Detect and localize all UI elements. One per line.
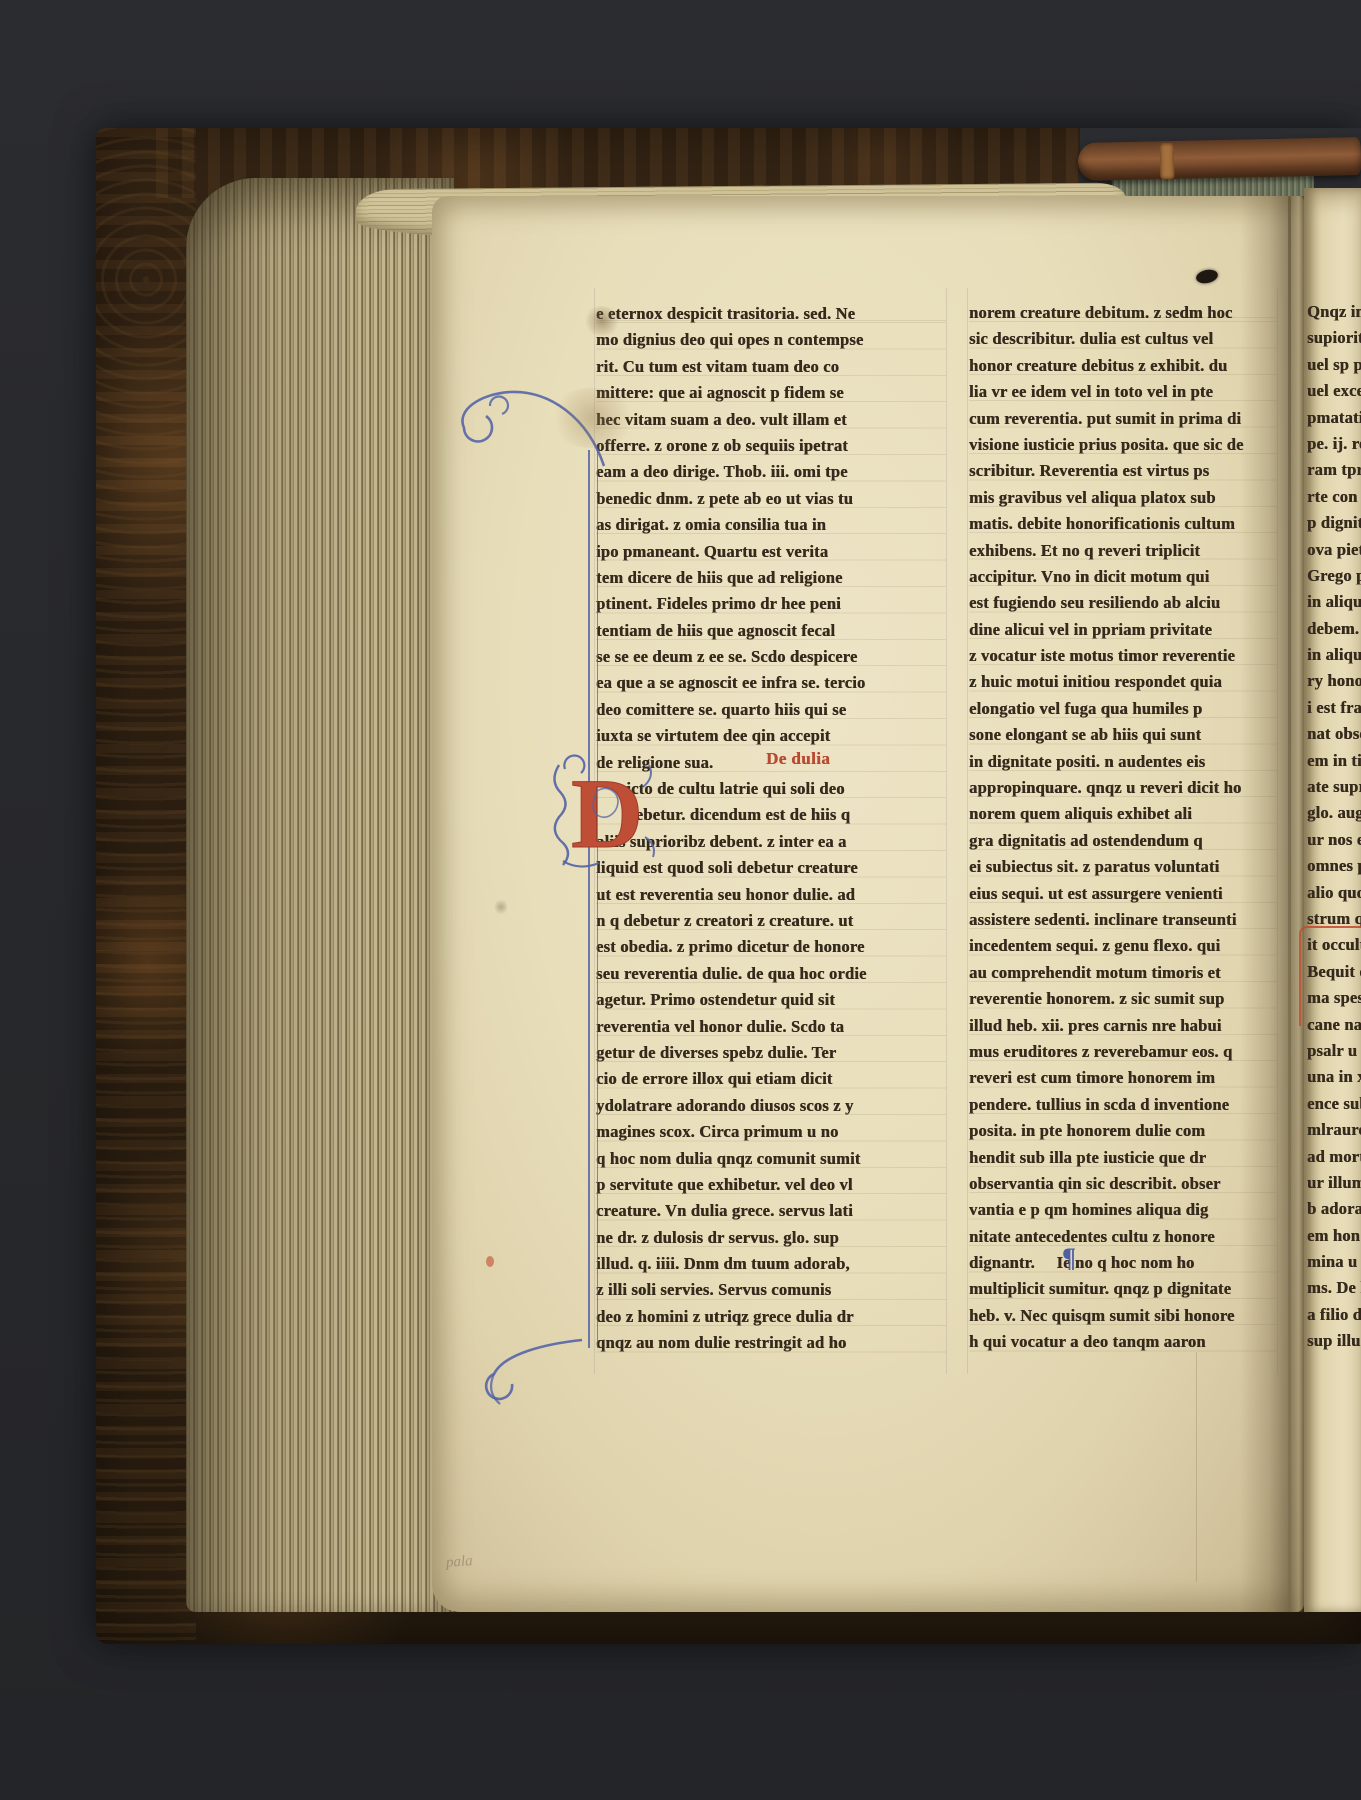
text-line: agetur. Primo ostendetur quid sit — [596, 986, 946, 1014]
decorated-initial-d: D — [545, 753, 659, 871]
text-line: reverentie honorem. z sic sumit sup — [969, 985, 1277, 1013]
cutoff-text-line: mlrauro s — [1307, 1116, 1361, 1144]
text-line: tem dicere de hiis que ad religione — [596, 564, 946, 592]
text-line: dignantr. Ie no q hoc nom ho — [969, 1249, 1277, 1277]
text-line: nitate antecedentes cultu z honore — [969, 1223, 1277, 1251]
text-line: ptinent. Fideles primo dr hee peni — [596, 591, 946, 619]
text-line: magines scox. Circa primum u no — [596, 1118, 946, 1146]
text-line: norem quem aliquis exhibet ali — [969, 801, 1277, 829]
cutoff-text-line: em hon — [1307, 1222, 1361, 1250]
cutoff-text-line: ms. De ho — [1307, 1275, 1361, 1303]
text-line: illud. q. iiii. Dnm dm tuum adorab, — [596, 1250, 946, 1278]
text-line: cio de errore illox qui etiam dicit — [596, 1066, 946, 1094]
next-folio-text-fragments: Qnqz imsupioritauel sp puel excellipmata… — [1307, 299, 1361, 1359]
text-line: est fugiendo seu resiliendo ab alciu — [969, 590, 1277, 618]
cutoff-text-line: una in xpo — [1307, 1064, 1361, 1092]
cutoff-text-line: em in tim — [1307, 747, 1361, 775]
initial-d-artwork: D — [545, 753, 659, 871]
text-line: mittere: que ai agnoscit p fidem se — [596, 380, 946, 408]
ink-stain — [583, 306, 621, 336]
text-line: cum reverentia. put sumit in prima di — [969, 405, 1277, 433]
text-line: benedic dnm. z pete ab eo ut vias tu — [596, 485, 946, 513]
manuscript-photo: e eternox despicit trasitoria. sed. Nemo… — [0, 0, 1361, 1800]
cutoff-text-line: Qnqz im — [1307, 299, 1361, 326]
text-line: multiplicit sumitur. qnqz p dignitate — [969, 1276, 1277, 1304]
cutoff-text-line: ur illum — [1307, 1169, 1361, 1197]
text-line: appropinquare. qnqz u reveri dicit ho — [969, 774, 1277, 802]
ruling-line — [946, 288, 947, 1374]
text-line: rit. Cu tum est vitam tuam deo co — [596, 353, 946, 381]
text-line: scribitur. Reverentia est virtus ps — [969, 458, 1277, 486]
text-line: reveri est cum timore honorem im — [969, 1065, 1277, 1093]
cutoff-text-line: uel sp p — [1307, 351, 1361, 379]
cutoff-text-line: nat obseq — [1307, 721, 1361, 749]
text-line: q hoc nom dulia qnqz comunit sumit — [596, 1145, 946, 1173]
cutoff-text-line: in aliqua g — [1307, 589, 1361, 617]
cutoff-text-line: ram tpre — [1307, 457, 1361, 485]
parchment-crease — [1196, 1352, 1197, 1582]
text-line: p servitute que exhibetur. vel deo vl — [596, 1171, 946, 1199]
cutoff-text-line: ry honore — [1307, 668, 1361, 696]
text-line: visione iusticie prius posita. que sic d… — [969, 431, 1277, 459]
text-line: gra dignitatis ad ostendendum q — [969, 827, 1277, 855]
text-line: ne dr. z dulosis dr servus. glo. sup — [596, 1224, 946, 1252]
cutoff-text-line: ate supre — [1307, 773, 1361, 801]
pencil-note: pala — [445, 1553, 473, 1572]
text-line: mo dignius deo qui opes n contempse — [596, 327, 946, 355]
text-line: creature. Vn dulia grece. servus lati — [596, 1198, 946, 1226]
text-line: assistere sedenti. inclinare transeunti — [969, 906, 1277, 934]
text-line: eius sequi. ut est assurgere venienti — [969, 880, 1277, 908]
cutoff-text-line: supiorita — [1307, 325, 1361, 353]
text-line: posita. in pte honorem dulie com — [969, 1117, 1277, 1145]
text-line: heb. v. Nec quisqm sumit sibi honore — [969, 1302, 1277, 1330]
cutoff-text-line: in aliqua g — [1307, 641, 1361, 669]
embossed-tooling-left — [96, 128, 196, 1644]
text-line: vantia e p qm homines aliqua dig — [969, 1197, 1277, 1225]
cutoff-text-line: alio quo tid — [1307, 879, 1361, 907]
red-speck — [486, 1256, 494, 1267]
text-line: z huic motui initiou respondet quia — [969, 669, 1277, 697]
text-line: se se ee deum z ee se. Scdo despicere — [596, 643, 946, 671]
text-line: ut est reverentia seu honor dulie. ad — [596, 881, 946, 909]
rubric-de-dulia: De dulia — [766, 749, 830, 769]
cutoff-text-line: mina u e — [1307, 1248, 1361, 1276]
strap-joint — [1160, 143, 1175, 179]
text-line: observantia qin sic describit. obser — [969, 1170, 1277, 1198]
text-line: deo comittere se. quarto hiis qui se — [596, 696, 946, 724]
cutoff-text-line: pmatati — [1307, 404, 1361, 432]
text-line: au comprehendit motum timoris et — [969, 959, 1277, 987]
gutter-crease — [1288, 196, 1291, 1612]
text-line: illud heb. xii. pres carnis nre habui — [969, 1012, 1277, 1040]
text-line: qnqz au nom dulie restringit ad ho — [596, 1330, 946, 1358]
cutoff-text-line: ur nos este — [1307, 826, 1361, 854]
text-line: hendit sub illa pte iusticie que dr — [969, 1144, 1277, 1172]
cutoff-text-line: a filio dei — [1307, 1301, 1361, 1329]
text-line: ei subiectus sit. z paratus voluntati — [969, 854, 1277, 882]
ruling-line — [1277, 288, 1278, 1374]
cutoff-text-line: pe. ij. reg — [1307, 430, 1361, 458]
cutoff-text-line: ence subi — [1307, 1090, 1361, 1118]
text-line: z vocatur iste motus timor reverentie — [969, 642, 1277, 670]
text-line: as dirigat. z omia consilia tua in — [596, 511, 946, 539]
text-line: norem creature debitum. z sedm hoc — [969, 300, 1277, 327]
penwork-bottom-curl — [460, 1336, 584, 1412]
text-column-right: norem creature debitum. z sedm hocsic de… — [969, 300, 1277, 1360]
text-line: ipo pmaneant. Quartu est verita — [596, 538, 946, 566]
ruling-line — [967, 288, 968, 1374]
text-line: e eternox despicit trasitoria. sed. Ne — [596, 301, 946, 328]
margin-smudge — [495, 898, 507, 916]
text-line: in dignitate positi. n audentes eis — [969, 748, 1277, 776]
text-line: hec vitam suam a deo. vult illam et — [596, 406, 946, 434]
text-line: z illi soli servies. Servus comunis — [596, 1277, 946, 1305]
text-line: dine alicui vel in ppriam privitate — [969, 616, 1277, 644]
blue-paraph-mark: ¶ — [1062, 1242, 1076, 1274]
text-line: tentiam de hiis que agnoscit fecal — [596, 617, 946, 645]
cutoff-text-line: ova pietn — [1307, 536, 1361, 564]
text-line: eam a deo dirige. Thob. iii. omi tpe — [596, 459, 946, 487]
text-line: lia vr ee idem vel in toto vel in pte — [969, 379, 1277, 407]
cutoff-text-line: rte con h — [1307, 483, 1361, 511]
text-line: ea que a se agnoscit ee infra se. tercio — [596, 670, 946, 698]
cutoff-text-line: psalr u h — [1307, 1037, 1361, 1065]
cutoff-text-line: ad morte. e — [1307, 1143, 1361, 1171]
cutoff-text-line: uel excelli — [1307, 378, 1361, 406]
cutoff-text-line: omnes po — [1307, 853, 1361, 881]
initial-letter: D — [571, 758, 643, 869]
cutoff-text-line: b adorat — [1307, 1196, 1361, 1224]
cutoff-text-line: sup illud p — [1307, 1328, 1361, 1356]
text-line: matis. debite honorificationis cultum — [969, 510, 1277, 538]
text-line: mis gravibus vel aliqua platox sub — [969, 484, 1277, 512]
text-line: exhibens. Et no q reveri triplicit — [969, 537, 1277, 565]
cutoff-text-line: glo. aug. s — [1307, 800, 1361, 828]
page-edge-stack — [186, 178, 454, 1612]
cutoff-text-line: i est frate — [1307, 694, 1361, 722]
text-line: elongatio vel fuga qua humiles p — [969, 695, 1277, 723]
text-line: deo z homini z utriqz grece dulia dr — [596, 1303, 946, 1331]
text-line: n q debetur z creatori z creature. ut — [596, 907, 946, 935]
cutoff-text-line: Grego pare — [1307, 562, 1361, 590]
text-line: offerre. z orone z ob sequiis ipetrat — [596, 432, 946, 460]
cutoff-text-line: debem. u. o — [1307, 615, 1361, 643]
text-line: incedentem sequi. z genu flexo. qui — [969, 933, 1277, 961]
text-line: iuxta se virtutem dee qin accepit — [596, 723, 946, 751]
text-line: h qui vocatur a deo tanqm aaron — [969, 1329, 1277, 1357]
text-line: accipitur. Vno in dicit motum qui — [969, 563, 1277, 591]
text-line: est obedia. z primo dicetur de honore — [596, 934, 946, 962]
text-line: sic describitur. dulia est cultus vel — [969, 326, 1277, 354]
cutoff-text-line: p dignita — [1307, 509, 1361, 537]
penwork-margin-line — [588, 450, 598, 1348]
text-line: ydolatrare adorando diusos scos z y — [596, 1092, 946, 1120]
text-line: reverentia vel honor dulie. Scdo ta — [596, 1013, 946, 1041]
text-line: honor creature debitus z exhibit. du — [969, 352, 1277, 380]
parchment-stain — [548, 388, 638, 448]
text-line: getur de diverses spebz dulie. Ter — [596, 1039, 946, 1067]
red-bracket-annotation — [1299, 926, 1361, 1026]
text-line: pendere. tullius in scda d inventione — [969, 1091, 1277, 1119]
text-line: seu reverentia dulie. de qua hoc ordie — [596, 960, 946, 988]
text-line: mus eruditores z reverebamur eos. q — [969, 1038, 1277, 1066]
text-line: sone elongant se ab hiis qui sunt — [969, 722, 1277, 750]
binding-strap — [1078, 137, 1361, 181]
